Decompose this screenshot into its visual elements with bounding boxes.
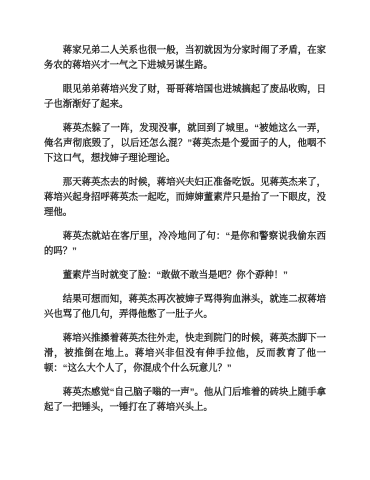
paragraph: 蒋英杰感觉“自己脑子嗡的一声”。他从门后堆着的砖块上随手拿起了一把锤头，一锤打在… xyxy=(44,384,326,414)
paragraph: 那天蒋英杰去的时候，蒋培兴夫妇正准备吃饭。见蒋英杰来了，蒋培兴起身招呼蒋英杰一起… xyxy=(44,174,326,219)
paragraph: 蒋培兴推搡着蒋英杰往外走，快走到院门的时候，蒋英杰脚下一滑，被推倒在地上。蒋培兴… xyxy=(44,330,326,375)
paragraph: 蒋英杰躲了一阵，发现没事，就回到了城里。“被她这么一弄，俺名声彻底毁了，以后还怎… xyxy=(44,120,326,165)
paragraph: 蒋家兄弟二人关系也很一般，当初就因为分家时闹了矛盾，在家务农的蒋培兴才一气之下进… xyxy=(44,42,326,72)
paragraph: 眼见弟弟蒋培兴发了财，哥哥蒋培国也进城搞起了废品收购，日子也渐渐好了起来。 xyxy=(44,81,326,111)
paragraph: 蒋英杰就站在客厅里，冷冷地问了句：“是你和警察说我偷东西的吗？” xyxy=(44,228,326,258)
story-text: 蒋家兄弟二人关系也很一般，当初就因为分家时闹了矛盾，在家务农的蒋培兴才一气之下进… xyxy=(44,42,326,423)
paragraph: 董素芹当时就变了脸：“敢做不敢当是吧？你个孬种！” xyxy=(44,267,326,282)
reader-page: 蒋家兄弟二人关系也很一般，当初就因为分家时闹了矛盾，在家务农的蒋培兴才一气之下进… xyxy=(0,0,370,480)
paragraph: 结果可想而知，蒋英杰再次被婶子骂得狗血淋头，就连二叔蒋培兴也骂了他几句，弄得他憋… xyxy=(44,291,326,321)
